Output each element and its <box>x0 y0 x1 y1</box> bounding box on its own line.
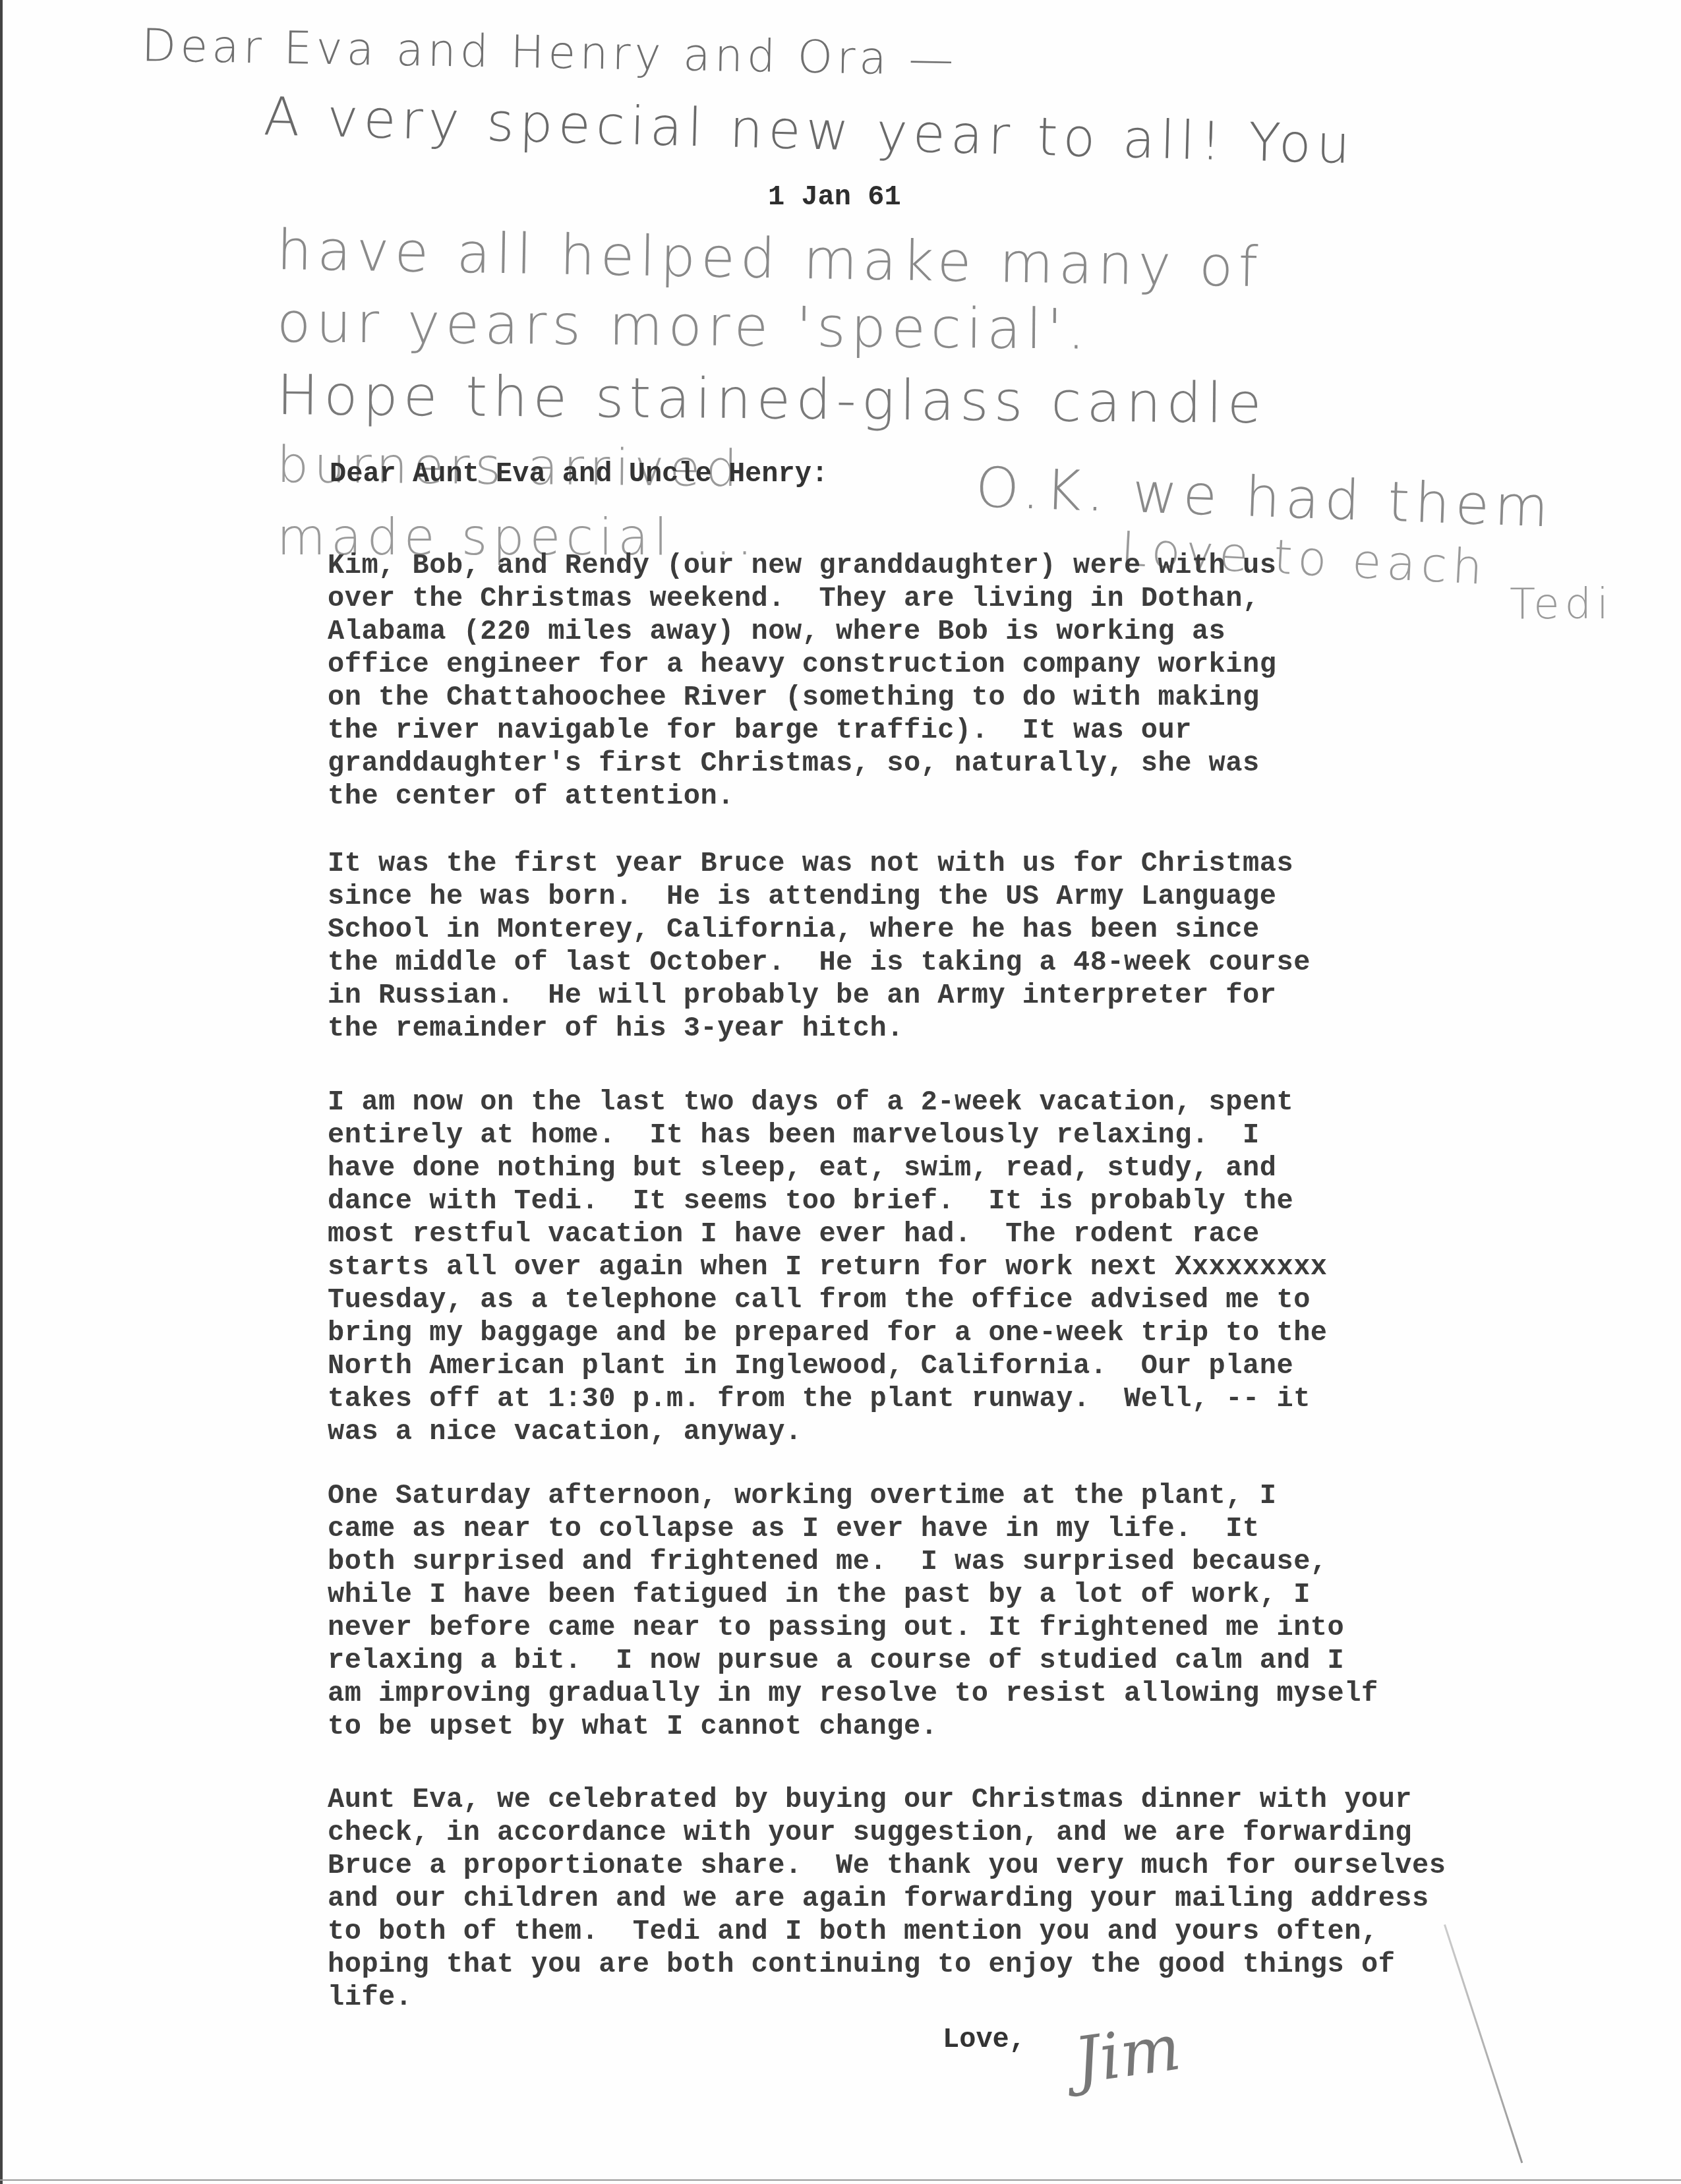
letter-page: Dear Eva and Henry and Ora — A very spec… <box>0 0 1681 2184</box>
letter-paragraph: One Saturday afternoon, working overtime… <box>328 1479 1378 1743</box>
letter-line: granddaughter's first Christmas, so, nat… <box>328 747 1276 780</box>
letter-line: and our children and we are again forwar… <box>328 1882 1446 1915</box>
scan-edge <box>0 0 3 2184</box>
letter-line: in Russian. He will probably be an Army … <box>328 979 1311 1012</box>
letter-line: hoping that you are both continuing to e… <box>328 1948 1446 1981</box>
letter-closing: Love, <box>943 2024 1026 2055</box>
letter-line: takes off at 1:30 p.m. from the plant ru… <box>328 1382 1328 1415</box>
handwritten-line: our years more 'special'. <box>277 290 1091 362</box>
letter-line: the middle of last October. He is taking… <box>328 946 1311 979</box>
letter-line: dance with Tedi. It seems too brief. It … <box>328 1185 1328 1218</box>
letter-line: both surprised and frightened me. I was … <box>328 1545 1378 1578</box>
letter-line: Kim, Bob, and Rendy (our new granddaught… <box>328 549 1276 582</box>
handwritten-line: A very special new year to all! You <box>263 86 1356 175</box>
letter-line: Bruce a proportionate share. We thank yo… <box>328 1849 1446 1882</box>
handwritten-signature: Tedi <box>1510 580 1614 629</box>
letter-line: Aunt Eva, we celebrated by buying our Ch… <box>328 1783 1446 1816</box>
letter-line: while I have been fatigued in the past b… <box>328 1578 1378 1611</box>
handwritten-line: Hope the stained-glass candle <box>277 363 1267 436</box>
letter-line: most restful vacation I have ever had. T… <box>328 1218 1328 1251</box>
letter-line: the remainder of his 3-year hitch. <box>328 1012 1311 1045</box>
letter-line: the center of attention. <box>328 780 1276 813</box>
letter-line: life. <box>328 1981 1446 2014</box>
letter-paragraph: Kim, Bob, and Rendy (our new granddaught… <box>328 549 1276 813</box>
handwritten-greeting: Dear Eva and Henry and Ora — <box>141 20 958 86</box>
letter-line: have done nothing but sleep, eat, swim, … <box>328 1152 1328 1185</box>
letter-line: office engineer for a heavy construction… <box>328 648 1276 681</box>
scan-edge-bottom <box>0 2179 1681 2181</box>
letter-line: One Saturday afternoon, working overtime… <box>328 1479 1378 1512</box>
letter-line: to be upset by what I cannot change. <box>328 1710 1378 1743</box>
letter-line: It was the first year Bruce was not with… <box>328 847 1311 880</box>
letter-paragraph: I am now on the last two days of a 2-wee… <box>328 1086 1328 1448</box>
letter-line: check, in accordance with your suggestio… <box>328 1816 1446 1849</box>
letter-line: School in Monterey, California, where he… <box>328 913 1311 946</box>
letter-line: relaxing a bit. I now pursue a course of… <box>328 1644 1378 1677</box>
letter-line: never before came near to passing out. I… <box>328 1611 1378 1644</box>
letter-line: since he was born. He is attending the U… <box>328 880 1311 913</box>
letter-signature: Jim <box>1070 2010 1185 2098</box>
letter-line: I am now on the last two days of a 2-wee… <box>328 1086 1328 1119</box>
handwritten-ok-line: O.K. we had them <box>974 455 1554 540</box>
handwritten-line: have all helped make many of <box>276 218 1264 299</box>
letter-line: the river navigable for barge traffic). … <box>328 714 1276 747</box>
letter-line: came as near to collapse as I ever have … <box>328 1512 1378 1545</box>
letter-line: Alabama (220 miles away) now, where Bob … <box>328 615 1276 648</box>
letter-line: North American plant in Inglewood, Calif… <box>328 1349 1328 1382</box>
letter-line: Tuesday, as a telephone call from the of… <box>328 1284 1328 1316</box>
letter-paragraph: Aunt Eva, we celebrated by buying our Ch… <box>328 1783 1446 2014</box>
pencil-mark <box>1444 1924 1523 2163</box>
letter-paragraph: It was the first year Bruce was not with… <box>328 847 1311 1045</box>
letter-line: am improving gradually in my resolve to … <box>328 1677 1378 1710</box>
letter-line: on the Chattahoochee River (something to… <box>328 681 1276 714</box>
letter-line: entirely at home. It has been marvelousl… <box>328 1119 1328 1152</box>
letter-line: to both of them. Tedi and I both mention… <box>328 1915 1446 1948</box>
letter-line: over the Christmas weekend. They are liv… <box>328 582 1276 615</box>
letter-date: 1 Jan 61 <box>768 181 901 213</box>
letter-line: starts all over again when I return for … <box>328 1251 1328 1284</box>
letter-salutation: Dear Aunt Eva and Uncle Henry: <box>330 458 828 490</box>
letter-line: bring my baggage and be prepared for a o… <box>328 1316 1328 1349</box>
letter-line: was a nice vacation, anyway. <box>328 1415 1328 1448</box>
